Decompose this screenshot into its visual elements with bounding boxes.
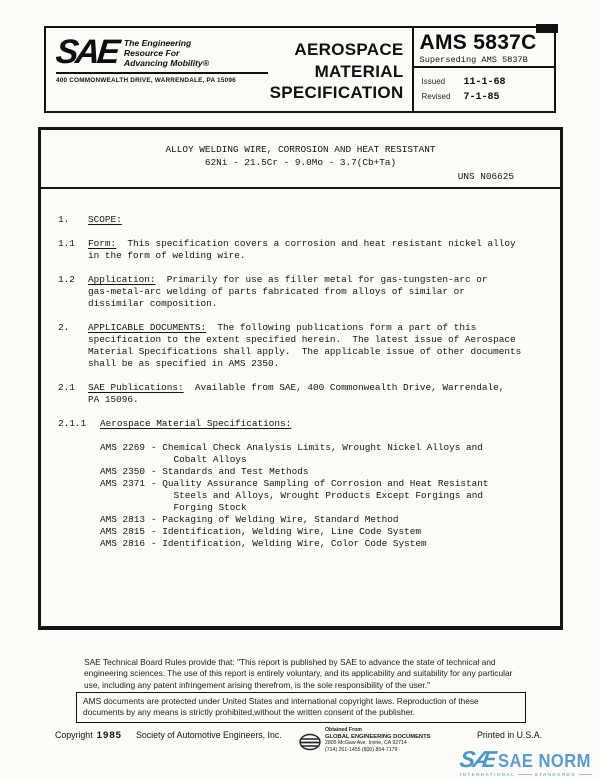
ams-title: - Packaging of Welding Wire, Standard Me… bbox=[151, 514, 399, 526]
list-item: AMS 2350 - Standards and Test Methods bbox=[100, 466, 548, 478]
section-number: 1.1 bbox=[58, 238, 88, 262]
ams-title: - Standards and Test Methods bbox=[151, 466, 309, 478]
ams-title: - Identification, Welding Wire, Line Cod… bbox=[151, 526, 421, 538]
ams-code: AMS 2371 bbox=[100, 478, 151, 514]
sae-tagline: The Engineering Resource For Advancing M… bbox=[124, 35, 209, 68]
section-body: This specification covers a corrosion an… bbox=[88, 238, 516, 261]
stamp-address: 2805 McGaw Ave. Irvine, CA 92714 bbox=[325, 740, 431, 747]
list-item: AMS 2269 - Chemical Check Analysis Limit… bbox=[100, 442, 548, 466]
watermark-rule bbox=[518, 774, 531, 775]
issued-row: Issued 11-1-68 bbox=[422, 77, 550, 88]
document-number: AMS 5837C bbox=[420, 31, 550, 55]
copyright-year: 1985 bbox=[97, 730, 122, 741]
spec-title-block: ALLOY WELDING WIRE, CORROSION AND HEAT R… bbox=[41, 130, 560, 183]
section-scope: 1. SCOPE: bbox=[58, 214, 548, 226]
list-item: AMS 2813 - Packaging of Welding Wire, St… bbox=[100, 514, 548, 526]
ams-title: - Chemical Check Analysis Limits, Wrough… bbox=[151, 442, 483, 466]
section-number: 2.1 bbox=[58, 382, 88, 406]
revised-row: Revised 7-1-85 bbox=[422, 92, 550, 103]
watermark-standards-label: STANDARDS bbox=[535, 772, 576, 777]
list-item: AMS 2816 - Identification, Welding Wire,… bbox=[100, 538, 548, 550]
ams-title: - Quality Assurance Sampling of Corrosio… bbox=[151, 478, 489, 514]
section-ams-specifications: 2.1.1 Aerospace Material Specifications: bbox=[58, 418, 548, 430]
stamp-obtained-from: Obtained From bbox=[325, 727, 431, 734]
stamp-company-name: GLOBAL ENGINEERING DOCUMENTS bbox=[325, 734, 431, 741]
list-item: AMS 2815 - Identification, Welding Wire,… bbox=[100, 526, 548, 538]
section-heading: Aerospace Material Specifications: bbox=[100, 418, 291, 429]
copyright-line: Copyright1985Society of Automotive Engin… bbox=[55, 730, 282, 741]
ams-title: - Identification, Welding Wire, Color Co… bbox=[151, 538, 427, 550]
section-heading: APPLICABLE DOCUMENTS: bbox=[88, 322, 206, 333]
revised-label: Revised bbox=[422, 92, 464, 101]
spec-title-line1: ALLOY WELDING WIRE, CORROSION AND HEAT R… bbox=[41, 143, 560, 156]
brand-divider bbox=[56, 72, 268, 74]
sae-logo: SAE bbox=[54, 35, 118, 69]
sae-norm-name: SAE NORM bbox=[498, 751, 591, 771]
watermark-rule bbox=[579, 774, 592, 775]
document-page: SAE The Engineering Resource For Advanci… bbox=[0, 0, 600, 780]
section-applicable-documents: 2. APPLICABLE DOCUMENTS: The following p… bbox=[58, 322, 548, 370]
sae-address: 400 COMMONWEALTH DRIVE, WARRENDALE, PA 1… bbox=[56, 77, 270, 84]
section-number: 1.2 bbox=[58, 274, 88, 310]
issued-date: 11-1-68 bbox=[464, 77, 506, 88]
ams-code: AMS 2816 bbox=[100, 538, 151, 550]
spec-title-line2: 62Ni - 21.5Cr - 9.0Mo - 3.7(Cb+Ta) bbox=[41, 156, 560, 169]
stamp-phone: (714) 261-1455 (800) 854-7179 bbox=[325, 747, 431, 754]
technical-board-rules-note: SAE Technical Board Rules provide that: … bbox=[84, 657, 530, 691]
uns-number: UNS N06625 bbox=[41, 170, 560, 183]
copyright-label: Copyright bbox=[55, 730, 93, 740]
global-engineering-stamp: Obtained From GLOBAL ENGINEERING DOCUMEN… bbox=[298, 727, 458, 753]
section-sae-publications: 2.1 SAE Publications: Available from SAE… bbox=[58, 382, 548, 406]
section-number: 2. bbox=[58, 322, 88, 370]
section-form: 1.1 Form: This specification covers a co… bbox=[58, 238, 548, 262]
revised-date: 7-1-85 bbox=[464, 92, 500, 103]
watermark-international-label: INTERNATIONAL bbox=[460, 772, 515, 777]
document-dates: Issued 11-1-68 Revised 7-1-85 bbox=[414, 68, 554, 107]
document-type-title: AEROSPACE MATERIAL SPECIFICATION bbox=[270, 28, 412, 111]
spec-sections: 1. SCOPE: 1.1 Form: This specification c… bbox=[41, 189, 560, 550]
section-number: 1. bbox=[58, 214, 88, 226]
globe-icon bbox=[298, 733, 322, 751]
list-item: AMS 2371 - Quality Assurance Sampling of… bbox=[100, 478, 548, 514]
section-heading: SCOPE: bbox=[88, 214, 122, 225]
copyright-protection-notice: AMS documents are protected under United… bbox=[76, 692, 526, 723]
superseding-note: Superseding AMS 5837B bbox=[420, 55, 550, 65]
issued-label: Issued bbox=[422, 77, 464, 86]
section-heading: SAE Publications: bbox=[88, 382, 184, 393]
ams-code: AMS 2350 bbox=[100, 466, 151, 478]
section-heading: Form: bbox=[88, 238, 116, 249]
ams-code: AMS 2269 bbox=[100, 442, 151, 466]
copyright-organization: Society of Automotive Engineers, Inc. bbox=[136, 730, 282, 740]
section-application: 1.2 Application: Primarily for use as fi… bbox=[58, 274, 548, 310]
ams-code: AMS 2813 bbox=[100, 514, 151, 526]
ams-code: AMS 2815 bbox=[100, 526, 151, 538]
sae-brand-block: SAE The Engineering Resource For Advanci… bbox=[46, 28, 270, 111]
document-id-block: AMS 5837C Superseding AMS 5837B Issued 1… bbox=[412, 28, 554, 111]
header-block: SAE The Engineering Resource For Advanci… bbox=[44, 26, 556, 113]
section-number: 2.1.1 bbox=[58, 418, 100, 430]
printed-in-usa: Printed in U.S.A. bbox=[477, 730, 542, 740]
specification-body-block: ALLOY WELDING WIRE, CORROSION AND HEAT R… bbox=[38, 127, 563, 630]
sae-norm-logo-icon: SÆ bbox=[458, 748, 495, 770]
section-heading: Application: bbox=[88, 274, 156, 285]
ams-reference-list: AMS 2269 - Chemical Check Analysis Limit… bbox=[100, 442, 548, 550]
sae-norm-watermark: SÆ SAE NORM INTERNATIONAL STANDARDS bbox=[460, 748, 592, 777]
